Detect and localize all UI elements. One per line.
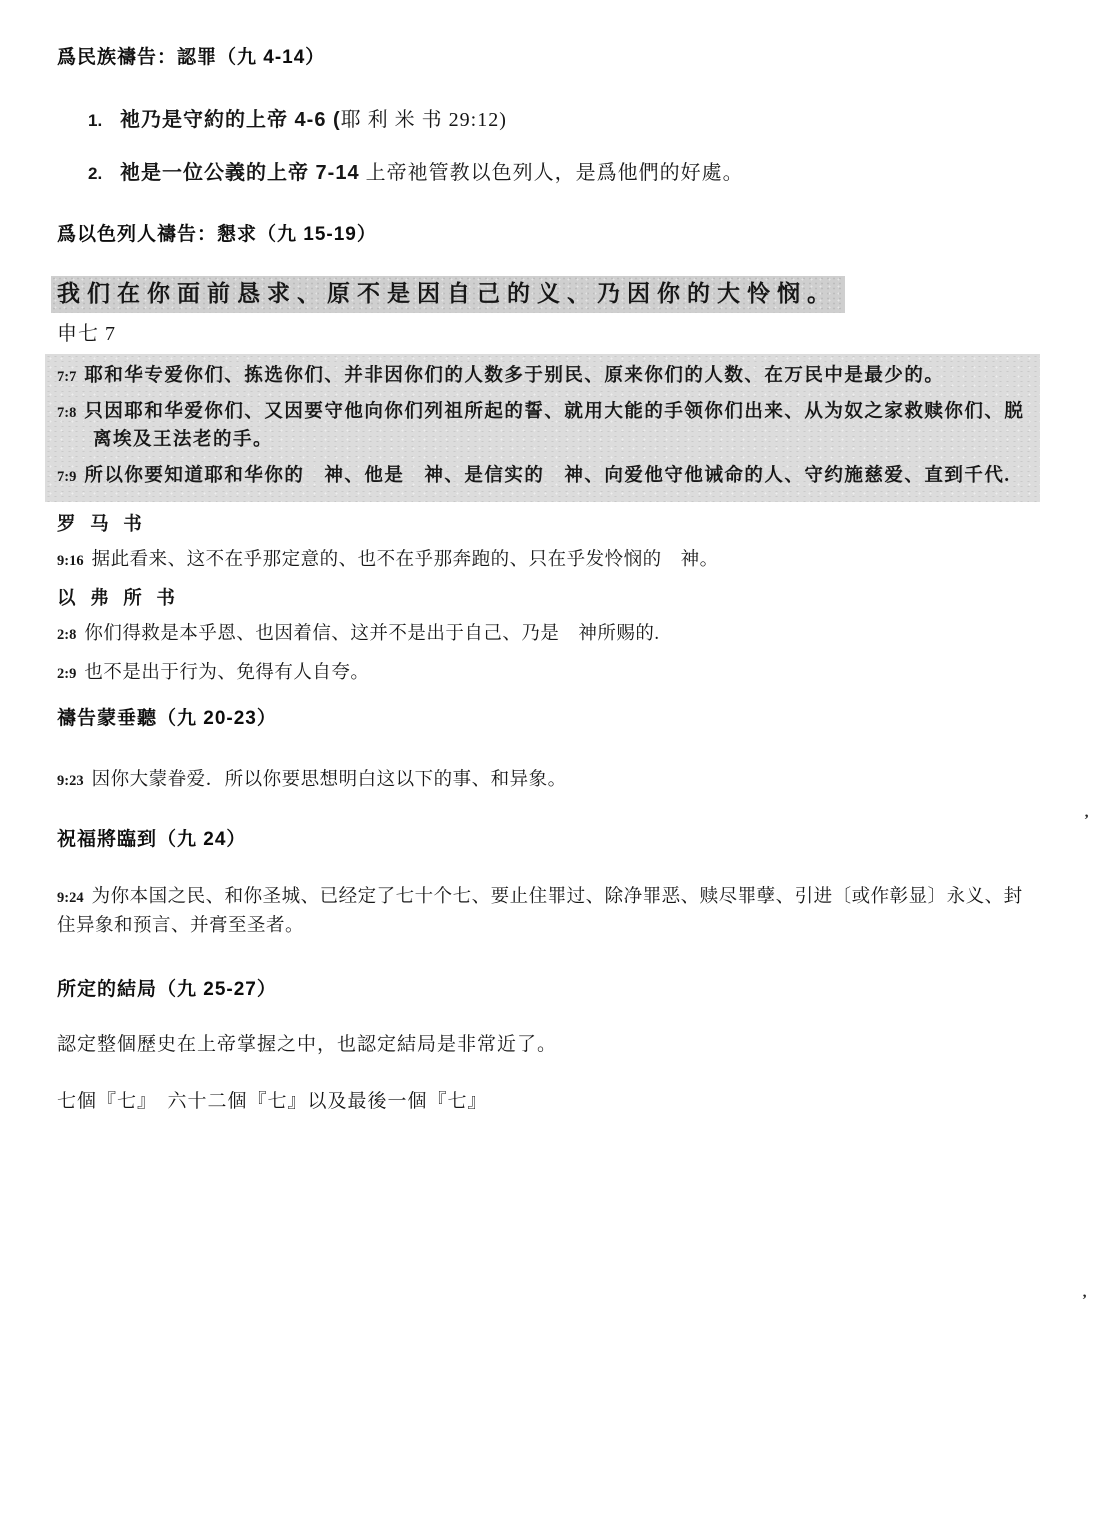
verse-number: 7:8: [57, 405, 84, 421]
verse-deut-7-8: 7:8只因耶和华爱你们、又因要守他向你们列祖所起的誓、就用大能的手领你们出来、从…: [57, 398, 1026, 454]
reference-label-deut7: 申七 7: [57, 317, 1040, 346]
heading-supplication: 爲以色列人禱告：懇求（九 15-19）: [57, 219, 1040, 246]
scan-artifact-mark: ’: [1084, 812, 1089, 829]
verse-number: 7:9: [57, 469, 84, 485]
outline-item-2-number: 2.: [88, 164, 120, 184]
verse-text: 因你大蒙眷爱．所以你要思想明白这以下的事、和异象。: [92, 770, 567, 790]
outline-list: 1.祂乃是守約的上帝 4-6 (耶 利 米 书 29:12) 2.祂是一位公義的…: [57, 103, 1040, 185]
outline-item-2-note: 上帝祂管教以色列人，是爲他們的好處。: [360, 162, 744, 184]
verse-number: 9:24: [57, 890, 92, 906]
verse-text: 据此看来、这不在乎那定意的、也不在乎那奔跑的、只在乎发怜悯的 神。: [92, 550, 719, 570]
heading-appointed-end: 所定的結局（九 25-27）: [57, 974, 1040, 1001]
scan-artifact-mark: ’: [1082, 1292, 1087, 1309]
scanned-document-page: 爲民族禱告：認罪（九 4-14） 1.祂乃是守約的上帝 4-6 (耶 利 米 书…: [0, 0, 1100, 1514]
sevens-summary-line: 七個『七』 六十二個『七』以及最後一個『七』: [57, 1086, 1040, 1113]
verse-number: 9:23: [57, 773, 92, 789]
book-label-ephesians: 以 弗 所 书: [57, 584, 1040, 610]
verse-number: 7:7: [57, 369, 84, 385]
verse-text: 你们得救是本乎恩、也因着信、这并不是出于自己、乃是 神所赐的.: [84, 624, 659, 644]
highlighted-verse-block: 7:7耶和华专爱你们、拣选你们、并非因你们的人数多于别民、原来你们的人数、在万民…: [45, 354, 1040, 502]
outline-item-2-bold-text: 祂是一位公義的上帝 7-14: [120, 162, 360, 184]
outline-item-1-number: 1.: [88, 111, 120, 131]
verse-text: 为你本国之民、和你圣城、已经定了七十个七、要止住罪过、除净罪恶、赎尽罪孽、引进〔…: [57, 887, 1023, 937]
heading-confession: 爲民族禱告：認罪（九 4-14）: [57, 42, 1040, 69]
heading-prayer-heard: 禱告蒙垂聽（九 20-23）: [57, 703, 1040, 730]
verse-text: 耶和华专爱你们、拣选你们、并非因你们的人数多于别民、原来你们的人数、在万民中是最…: [84, 366, 944, 386]
verse-deut-7-9: 7:9所以你要知道耶和华你的 神、他是 神、是信实的 神、向爱他守他诫命的人、守…: [57, 462, 1026, 490]
verse-number: 9:16: [57, 553, 92, 569]
outline-item-1-bold-text: 祂乃是守約的上帝 4-6 (: [120, 109, 341, 131]
verse-ephesians-2-8: 2:8你们得救是本乎恩、也因着信、这并不是出于自己、乃是 神所赐的.: [57, 620, 1040, 648]
heading-blessing: 祝福將臨到（九 24）: [57, 824, 1040, 851]
verse-number: 2:8: [57, 627, 84, 643]
verse-text: 也不是出于行为、免得有人自夸。: [84, 663, 369, 683]
verse-daniel-9-24: 9:24为你本国之民、和你圣城、已经定了七十个七、要止住罪过、除净罪恶、赎尽罪孽…: [57, 883, 1040, 942]
verse-number: 2:9: [57, 666, 84, 682]
outline-item-2: 2.祂是一位公義的上帝 7-14 上帝祂管教以色列人，是爲他們的好處。: [57, 156, 1040, 185]
highlighted-quote-line: 我们在你面前恳求、原不是因自己的义、乃因你的大怜悯。: [51, 276, 845, 313]
verse-text: 只因耶和华爱你们、又因要守他向你们列祖所起的誓、就用大能的手领你们出来、从为奴之…: [84, 402, 1024, 450]
verse-daniel-9-23: 9:23因你大蒙眷爱．所以你要思想明白这以下的事、和异象。: [57, 766, 1040, 794]
verse-deut-7-7: 7:7耶和华专爱你们、拣选你们、并非因你们的人数多于别民、原来你们的人数、在万民…: [57, 362, 1026, 390]
outline-item-1-reference: 耶 利 米 书 29:12): [341, 109, 507, 131]
verse-text: 所以你要知道耶和华你的 神、他是 神、是信实的 神、向爱他守他诫命的人、守约施慈…: [84, 466, 1010, 486]
outline-item-1: 1.祂乃是守約的上帝 4-6 (耶 利 米 书 29:12): [57, 103, 1040, 132]
verse-ephesians-2-9: 2:9也不是出于行为、免得有人自夸。: [57, 659, 1040, 687]
book-label-romans: 罗 马 书: [57, 510, 1040, 536]
closing-statement: 認定整個歷史在上帝掌握之中，也認定結局是非常近了。: [57, 1029, 1040, 1056]
verse-romans-9-16: 9:16据此看来、这不在乎那定意的、也不在乎那奔跑的、只在乎发怜悯的 神。: [57, 546, 1040, 574]
